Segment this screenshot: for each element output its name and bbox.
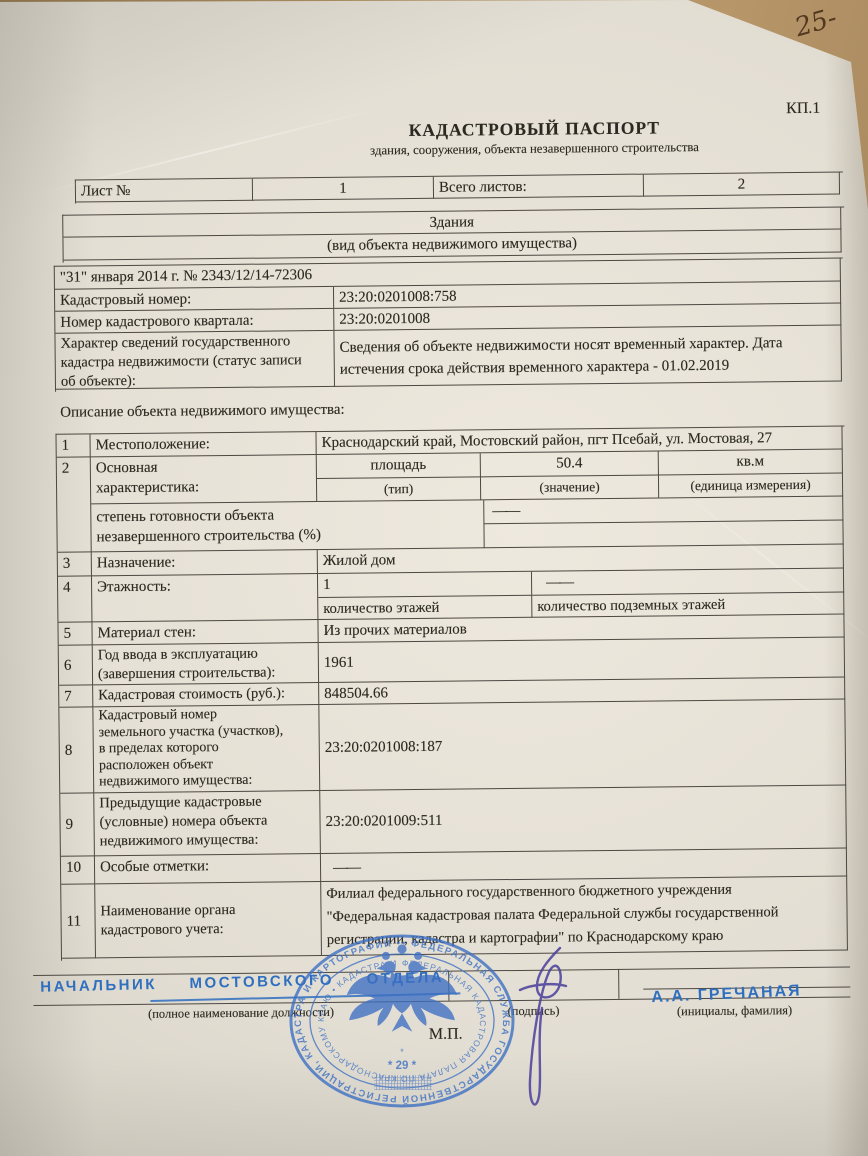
handwritten-signature: [495, 938, 595, 1123]
stamp-number: * 29 *: [388, 1060, 417, 1072]
footer-divider: [618, 969, 619, 999]
commissioning-year-label: Год ввода в эксплуатацию (завершения стр…: [93, 643, 319, 685]
underground-floors-value: ——: [532, 569, 844, 596]
land-parcel-number-value: 23:20:0201008:187: [319, 700, 846, 792]
sheet-table: Лист № 1 Всего листов: 2: [75, 172, 843, 204]
total-sheets-label-cell: Всего листов:: [434, 175, 644, 199]
wall-material-label: Материал стен:: [92, 620, 318, 645]
main-characteristic-label: Основная характеристика:: [91, 455, 317, 504]
sheet-label-cell: Лист №: [76, 179, 253, 203]
main-table: 1 Местоположение: Краснодарский край, Мо…: [55, 426, 849, 961]
cadastral-value-label: Кадастровая стоимость (руб.):: [93, 683, 319, 707]
row-num: 7: [59, 685, 93, 707]
floors-label: Этажность:: [92, 574, 318, 622]
row-num: 2: [57, 457, 92, 552]
floors-value: 1: [318, 572, 532, 598]
cadastral-passport-photo: { "page": { "corner_note": "25-", "form_…: [0, 0, 868, 1156]
land-parcel-number-label: Кадастровый номер земельного участка (уч…: [93, 705, 320, 793]
special-marks-label: Особые отметки:: [95, 854, 321, 884]
stamp-microtext-block: [374, 1075, 432, 1090]
stamp-star: *: [400, 1047, 404, 1057]
row-num: 10: [61, 856, 95, 884]
quarter-number-label: Номер кадастрового квартала:: [55, 309, 334, 334]
row-num: 3: [58, 552, 92, 576]
location-label: Местоположение:: [90, 432, 316, 457]
row-num: 1: [56, 434, 90, 457]
purpose-label: Назначение:: [92, 550, 318, 576]
record-status-label: Характер сведений государственного кадас…: [55, 331, 335, 390]
previous-numbers-label: Предыдущие кадастровые (условные) номера…: [94, 791, 321, 856]
row-num: 11: [61, 884, 96, 958]
floors-caption: количество этажей: [318, 596, 532, 620]
record-status-value: Сведения об объекте недвижимости носят в…: [334, 326, 842, 387]
unit-caption: (единица измерения): [659, 474, 843, 499]
description-heading: Описание объекта недвижимого имущества:: [60, 402, 345, 422]
cadastral-number-label: Кадастровый номер:: [55, 287, 334, 312]
readiness-label: степень готовности объекта незавершенног…: [91, 500, 484, 552]
value-caption: (значение): [481, 475, 659, 500]
underground-floors-caption: количество подземных этажей: [532, 593, 844, 618]
row-num: 4: [58, 576, 92, 622]
characteristic-unit-value: кв.м: [659, 450, 843, 476]
row-num: 5: [58, 622, 92, 645]
total-sheets-value-cell: 2: [644, 173, 840, 197]
row-num: 6: [59, 645, 93, 685]
type-caption: (тип): [317, 477, 481, 502]
characteristic-type-value: площадь: [317, 453, 481, 479]
row-num: 9: [60, 793, 95, 856]
official-round-stamp: • ФЕДЕРАЛЬНАЯ СЛУЖБА ГОСУДАРСТВЕННОЙ РЕГ…: [282, 929, 522, 1113]
object-kind-table: Здания (вид объекта недвижимого имуществ…: [62, 207, 844, 263]
header-info-table: "31" января 2014 г. № 2343/12/14-72306 К…: [54, 258, 844, 392]
double-headed-eagle-icon: [347, 944, 457, 1031]
sheet-value-cell: 1: [253, 177, 434, 201]
commissioning-year-value: 1961: [319, 638, 845, 684]
row-num: 8: [59, 707, 94, 793]
previous-numbers-value: 23:20:0201009:511: [320, 786, 847, 855]
characteristic-area-value: 50.4: [481, 451, 659, 477]
